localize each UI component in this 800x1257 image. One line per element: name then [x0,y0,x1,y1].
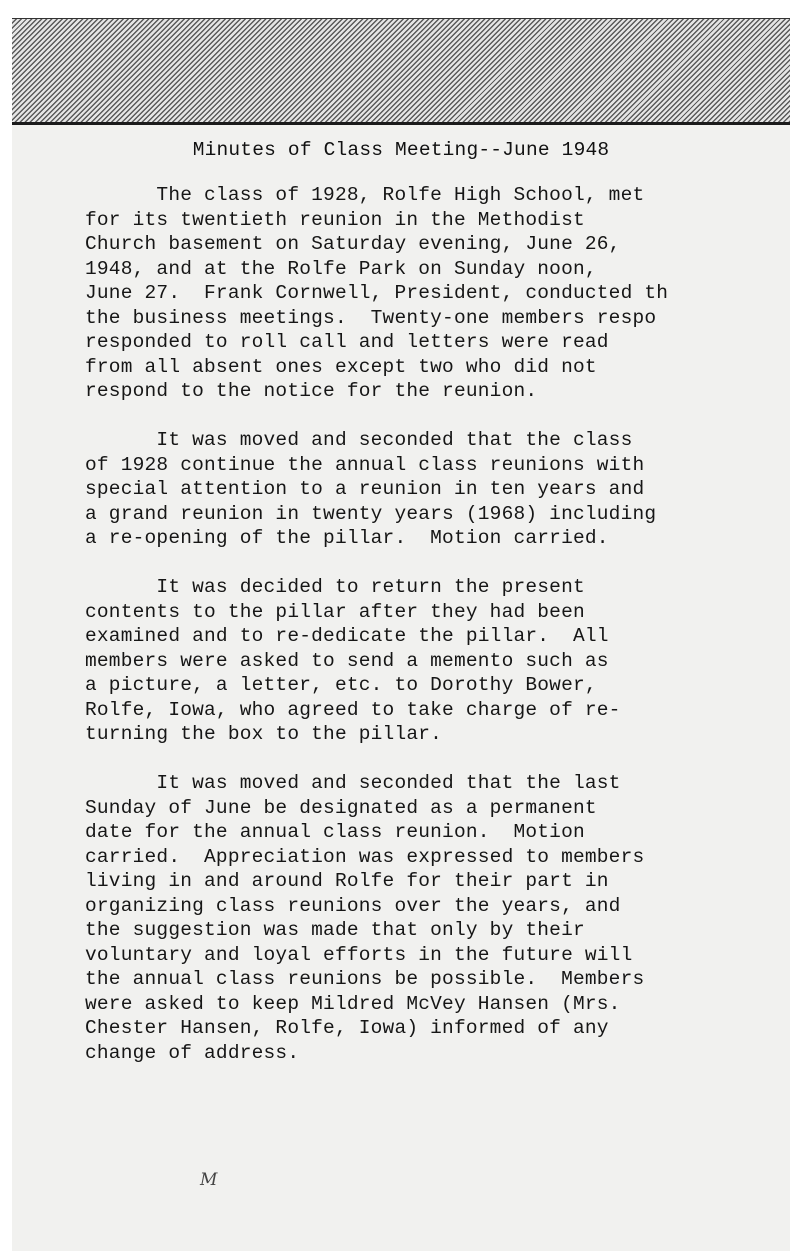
text-line: 1948, and at the Rolfe Park on Sunday no… [85,257,785,282]
text-line: respond to the notice for the reunion. [85,379,785,404]
text-line: a picture, a letter, etc. to Dorothy Bow… [85,673,785,698]
text-line: turning the box to the pillar. [85,722,785,747]
page-title: Minutes of Class Meeting--June 1948 [12,139,790,161]
text-line: Sunday of June be designated as a perman… [85,796,785,821]
text-line: contents to the pillar after they had be… [85,600,785,625]
text-line: Chester Hansen, Rolfe, Iowa) informed of… [85,1016,785,1041]
text-line: a re-opening of the pillar. Motion carri… [85,526,785,551]
handwritten-initial: M [200,1170,217,1190]
paragraph: It was moved and seconded that the lastS… [85,771,785,1065]
text-line: were asked to keep Mildred McVey Hansen … [85,992,785,1017]
text-line: Church basement on Saturday evening, Jun… [85,232,785,257]
text-line: It was moved and seconded that the last [85,771,785,796]
paragraph: The class of 1928, Rolfe High School, me… [85,183,785,404]
text-line: a grand reunion in twenty years (1968) i… [85,502,785,527]
text-line: June 27. Frank Cornwell, President, cond… [85,281,785,306]
paragraph: It was moved and seconded that the class… [85,428,785,551]
text-line: organizing class reunions over the years… [85,894,785,919]
text-line: the annual class reunions be possible. M… [85,967,785,992]
text-line: voluntary and loyal efforts in the futur… [85,943,785,968]
text-line: change of address. [85,1041,785,1066]
text-line: The class of 1928, Rolfe High School, me… [85,183,785,208]
text-line: examined and to re-dedicate the pillar. … [85,624,785,649]
text-line: Rolfe, Iowa, who agreed to take charge o… [85,698,785,723]
text-line: the suggestion was made that only by the… [85,918,785,943]
text-line: members were asked to send a memento suc… [85,649,785,674]
text-line: of 1928 continue the annual class reunio… [85,453,785,478]
text-line: special attention to a reunion in ten ye… [85,477,785,502]
text-line: for its twentieth reunion in the Methodi… [85,208,785,233]
text-line: It was decided to return the present [85,575,785,600]
text-line: the business meetings. Twenty-one member… [85,306,785,331]
paragraph: It was decided to return the presentcont… [85,575,785,747]
hatched-header-band [12,19,790,125]
text-line: living in and around Rolfe for their par… [85,869,785,894]
text-line: date for the annual class reunion. Motio… [85,820,785,845]
text-line: responded to roll call and letters were … [85,330,785,355]
minutes-body: The class of 1928, Rolfe High School, me… [85,183,785,1090]
text-line: carried. Appreciation was expressed to m… [85,845,785,870]
typed-page: Minutes of Class Meeting--June 1948 The … [12,18,790,1251]
text-line: It was moved and seconded that the class [85,428,785,453]
text-line: from all absent ones except two who did … [85,355,785,380]
